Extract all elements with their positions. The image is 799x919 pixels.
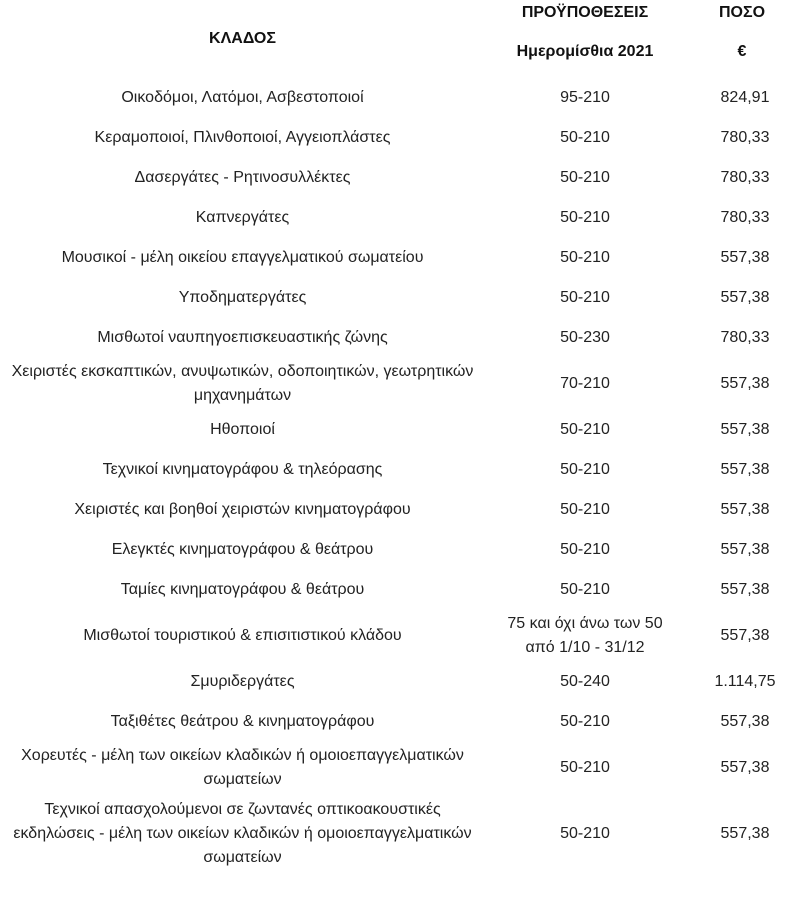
table-row: Κεραμοποιοί, Πλινθοποιοί, Αγγειοπλάστες … [0,118,799,158]
conditions-cell: 50-210 [485,410,685,450]
amount-cell: 780,33 [685,318,799,358]
conditions-cell: 50-210 [485,238,685,278]
conditions-cell: 50-210 [485,118,685,158]
table-row: Ταξιθέτες θεάτρου & κινηματογράφου 50-21… [0,702,799,742]
header-amount: ΠΟΣΟ [685,0,799,26]
conditions-cell: 50-210 [485,794,685,874]
amount-cell: 557,38 [685,610,799,662]
conditions-cell: 50-210 [485,742,685,794]
table-row: Καπνεργάτες 50-210 780,33 [0,198,799,238]
branch-cell: Μουσικοί - μέλη οικείου επαγγελματικού σ… [0,238,485,278]
branch-cell: Ταξιθέτες θεάτρου & κινηματογράφου [0,702,485,742]
conditions-cell: 50-210 [485,158,685,198]
amount-cell: 557,38 [685,530,799,570]
branch-cell: Χορευτές - μέλη των οικείων κλαδικών ή ο… [0,742,485,794]
amount-cell: 557,38 [685,278,799,318]
conditions-cell: 75 και όχι άνω των 50 από 1/10 - 31/12 [485,610,685,662]
conditions-cell: 95-210 [485,78,685,118]
table-header: ΚΛΑΔΟΣ ΠΡΟΫΠΟΘΕΣΕΙΣ ΠΟΣΟ Ημερομίσθια 202… [0,0,799,78]
amount-cell: 557,38 [685,410,799,450]
table-row: Μισθωτοί ναυπηγοεπισκευαστικής ζώνης 50-… [0,318,799,358]
header-amount-sub: € [685,26,799,78]
amount-cell: 557,38 [685,742,799,794]
conditions-cell: 50-210 [485,530,685,570]
amount-cell: 557,38 [685,794,799,874]
table-row: Χορευτές - μέλη των οικείων κλαδικών ή ο… [0,742,799,794]
conditions-cell: 50-210 [485,702,685,742]
header-conditions: ΠΡΟΫΠΟΘΕΣΕΙΣ [485,0,685,26]
amount-cell: 557,38 [685,358,799,410]
header-branch: ΚΛΑΔΟΣ [0,0,485,78]
table-row: Τεχνικοί απασχολούμενοι σε ζωντανές οπτι… [0,794,799,874]
branch-cell: Δασεργάτες - Ρητινοσυλλέκτες [0,158,485,198]
table-row: Μισθωτοί τουριστικού & επισιτιστικού κλά… [0,610,799,662]
conditions-cell: 50-210 [485,278,685,318]
table-row: Ελεγκτές κινηματογράφου & θεάτρου 50-210… [0,530,799,570]
branch-cell: Ελεγκτές κινηματογράφου & θεάτρου [0,530,485,570]
table-row: Υποδηματεργάτες 50-210 557,38 [0,278,799,318]
amount-cell: 1.114,75 [685,662,799,702]
amount-cell: 780,33 [685,118,799,158]
branch-cell: Ηθοποιοί [0,410,485,450]
amount-cell: 780,33 [685,198,799,238]
conditions-cell: 50-210 [485,490,685,530]
branch-cell: Τεχνικοί απασχολούμενοι σε ζωντανές οπτι… [0,794,485,874]
branch-cell: Καπνεργάτες [0,198,485,238]
table-row: Τεχνικοί κινηματογράφου & τηλεόρασης 50-… [0,450,799,490]
branch-cell: Οικοδόμοι, Λατόμοι, Ασβεστοποιοί [0,78,485,118]
table-row: Ηθοποιοί 50-210 557,38 [0,410,799,450]
conditions-cell: 50-230 [485,318,685,358]
conditions-cell: 50-210 [485,570,685,610]
branch-cell: Υποδηματεργάτες [0,278,485,318]
header-conditions-sub: Ημερομίσθια 2021 [485,26,685,78]
header-row: ΚΛΑΔΟΣ ΠΡΟΫΠΟΘΕΣΕΙΣ ΠΟΣΟ [0,0,799,26]
amount-cell: 557,38 [685,490,799,530]
table-row: Σμυριδεργάτες 50-240 1.114,75 [0,662,799,702]
branch-cell: Μισθωτοί τουριστικού & επισιτιστικού κλά… [0,610,485,662]
table-row: Ταμίες κινηματογράφου & θεάτρου 50-210 5… [0,570,799,610]
conditions-cell: 50-210 [485,198,685,238]
amount-cell: 557,38 [685,450,799,490]
branch-cell: Χειριστές εκσκαπτικών, ανυψωτικών, οδοπο… [0,358,485,410]
table-row: Μουσικοί - μέλη οικείου επαγγελματικού σ… [0,238,799,278]
branch-cell: Σμυριδεργάτες [0,662,485,702]
table-row: Οικοδόμοι, Λατόμοι, Ασβεστοποιοί 95-210 … [0,78,799,118]
table-body: Οικοδόμοι, Λατόμοι, Ασβεστοποιοί 95-210 … [0,78,799,874]
allowance-table: ΚΛΑΔΟΣ ΠΡΟΫΠΟΘΕΣΕΙΣ ΠΟΣΟ Ημερομίσθια 202… [0,0,799,874]
table-row: Χειριστές εκσκαπτικών, ανυψωτικών, οδοπο… [0,358,799,410]
branch-cell: Χειριστές και βοηθοί χειριστών κινηματογ… [0,490,485,530]
table-row: Χειριστές και βοηθοί χειριστών κινηματογ… [0,490,799,530]
amount-cell: 557,38 [685,702,799,742]
conditions-cell: 70-210 [485,358,685,410]
amount-cell: 557,38 [685,570,799,610]
amount-cell: 824,91 [685,78,799,118]
branch-cell: Τεχνικοί κινηματογράφου & τηλεόρασης [0,450,485,490]
amount-cell: 780,33 [685,158,799,198]
branch-cell: Κεραμοποιοί, Πλινθοποιοί, Αγγειοπλάστες [0,118,485,158]
conditions-cell: 50-240 [485,662,685,702]
branch-cell: Μισθωτοί ναυπηγοεπισκευαστικής ζώνης [0,318,485,358]
branch-cell: Ταμίες κινηματογράφου & θεάτρου [0,570,485,610]
conditions-cell: 50-210 [485,450,685,490]
table-row: Δασεργάτες - Ρητινοσυλλέκτες 50-210 780,… [0,158,799,198]
amount-cell: 557,38 [685,238,799,278]
